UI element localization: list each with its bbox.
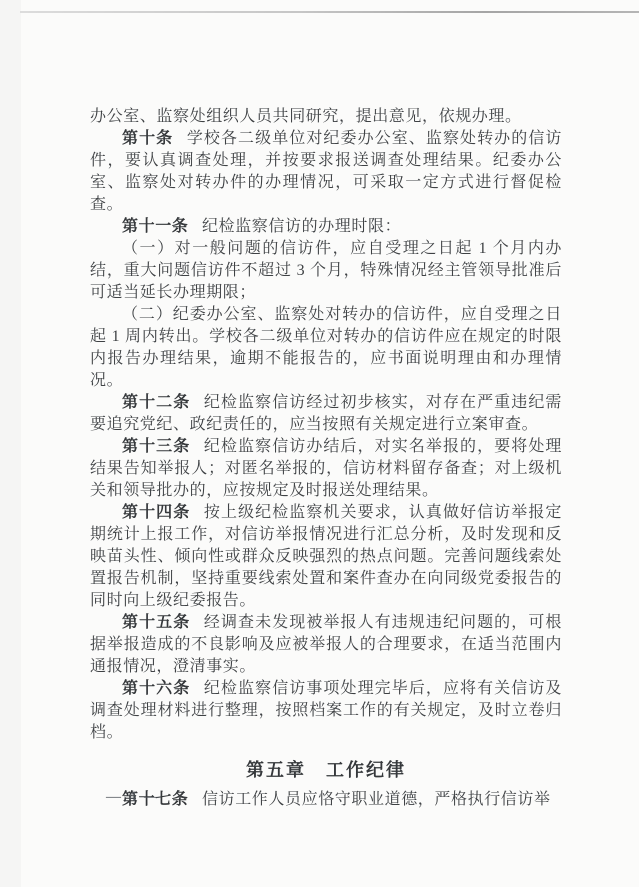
- scan-edge-artifact: [0, 0, 21, 887]
- paragraph-text: （一）对一般问题的信访件，应自受理之日起 1 个月内办结，重大问题信访件不超过 …: [90, 240, 562, 301]
- article-number: 第十四条: [122, 504, 190, 521]
- item-1-paragraph: （一）对一般问题的信访件，应自受理之日起 1 个月内办结，重大问题信访件不超过 …: [90, 238, 562, 304]
- continuation-paragraph: 办公室、监察处组织人员共同研究，提出意见，依规办理。: [90, 106, 562, 128]
- article-number: 第十五条: [122, 614, 190, 631]
- page-number: — 4 —: [106, 789, 161, 806]
- article-number: 第十六条: [122, 680, 190, 697]
- article-number: 第十条: [122, 130, 173, 147]
- article-16-paragraph: 第十六条纪检监察信访事项处理完毕后，应将有关信访及调查处理材料进行整理，按照档案…: [90, 678, 562, 744]
- article-15-paragraph: 第十五条经调查未发现被举报人有违规违纪问题的，可根据举报造成的不良影响及应被举报…: [90, 612, 562, 678]
- article-13-paragraph: 第十三条纪检监察信访办结后，对实名举报的，要将处理结果告知举报人；对匿名举报的，…: [90, 436, 562, 502]
- item-2-paragraph: （二）纪委办公室、监察处对转办的信访件，应自受理之日起 1 周内转出。学校各二级…: [90, 304, 562, 392]
- article-number: 第十二条: [122, 394, 190, 411]
- paragraph-text: 信访工作人员应恪守职业道德，严格执行信访举: [202, 791, 551, 808]
- paragraph-text: （二）纪委办公室、监察处对转办的信访件，应自受理之日起 1 周内转出。学校各二级…: [90, 306, 562, 389]
- article-12-paragraph: 第十二条纪检监察信访经过初步核实，对存在严重违纪需要追究党纪、政纪责任的，应当按…: [90, 392, 562, 436]
- article-14-paragraph: 第十四条按上级纪检监察机关要求，认真做好信访举报定期统计上报工作，对信访举报情况…: [90, 502, 562, 612]
- scanned-document-page: 办公室、监察处组织人员共同研究，提出意见，依规办理。 第十条学校各二级单位对纪委…: [0, 0, 639, 887]
- document-body: 办公室、监察处组织人员共同研究，提出意见，依规办理。 第十条学校各二级单位对纪委…: [90, 106, 562, 811]
- paragraph-text: 办公室、监察处组织人员共同研究，提出意见，依规办理。: [90, 108, 522, 125]
- article-10-paragraph: 第十条学校各二级单位对纪委办公室、监察处转办的信访件，要认真调查处理，并按要求报…: [90, 128, 562, 216]
- scan-line-artifact: [20, 11, 639, 13]
- article-number: 第十一条: [122, 218, 188, 235]
- article-11-paragraph: 第十一条纪检监察信访的办理时限：: [90, 216, 562, 238]
- article-number: 第十三条: [122, 438, 190, 455]
- paragraph-text: 纪检监察信访的办理时限：: [202, 218, 401, 235]
- chapter-heading: 第五章 工作纪律: [90, 759, 562, 782]
